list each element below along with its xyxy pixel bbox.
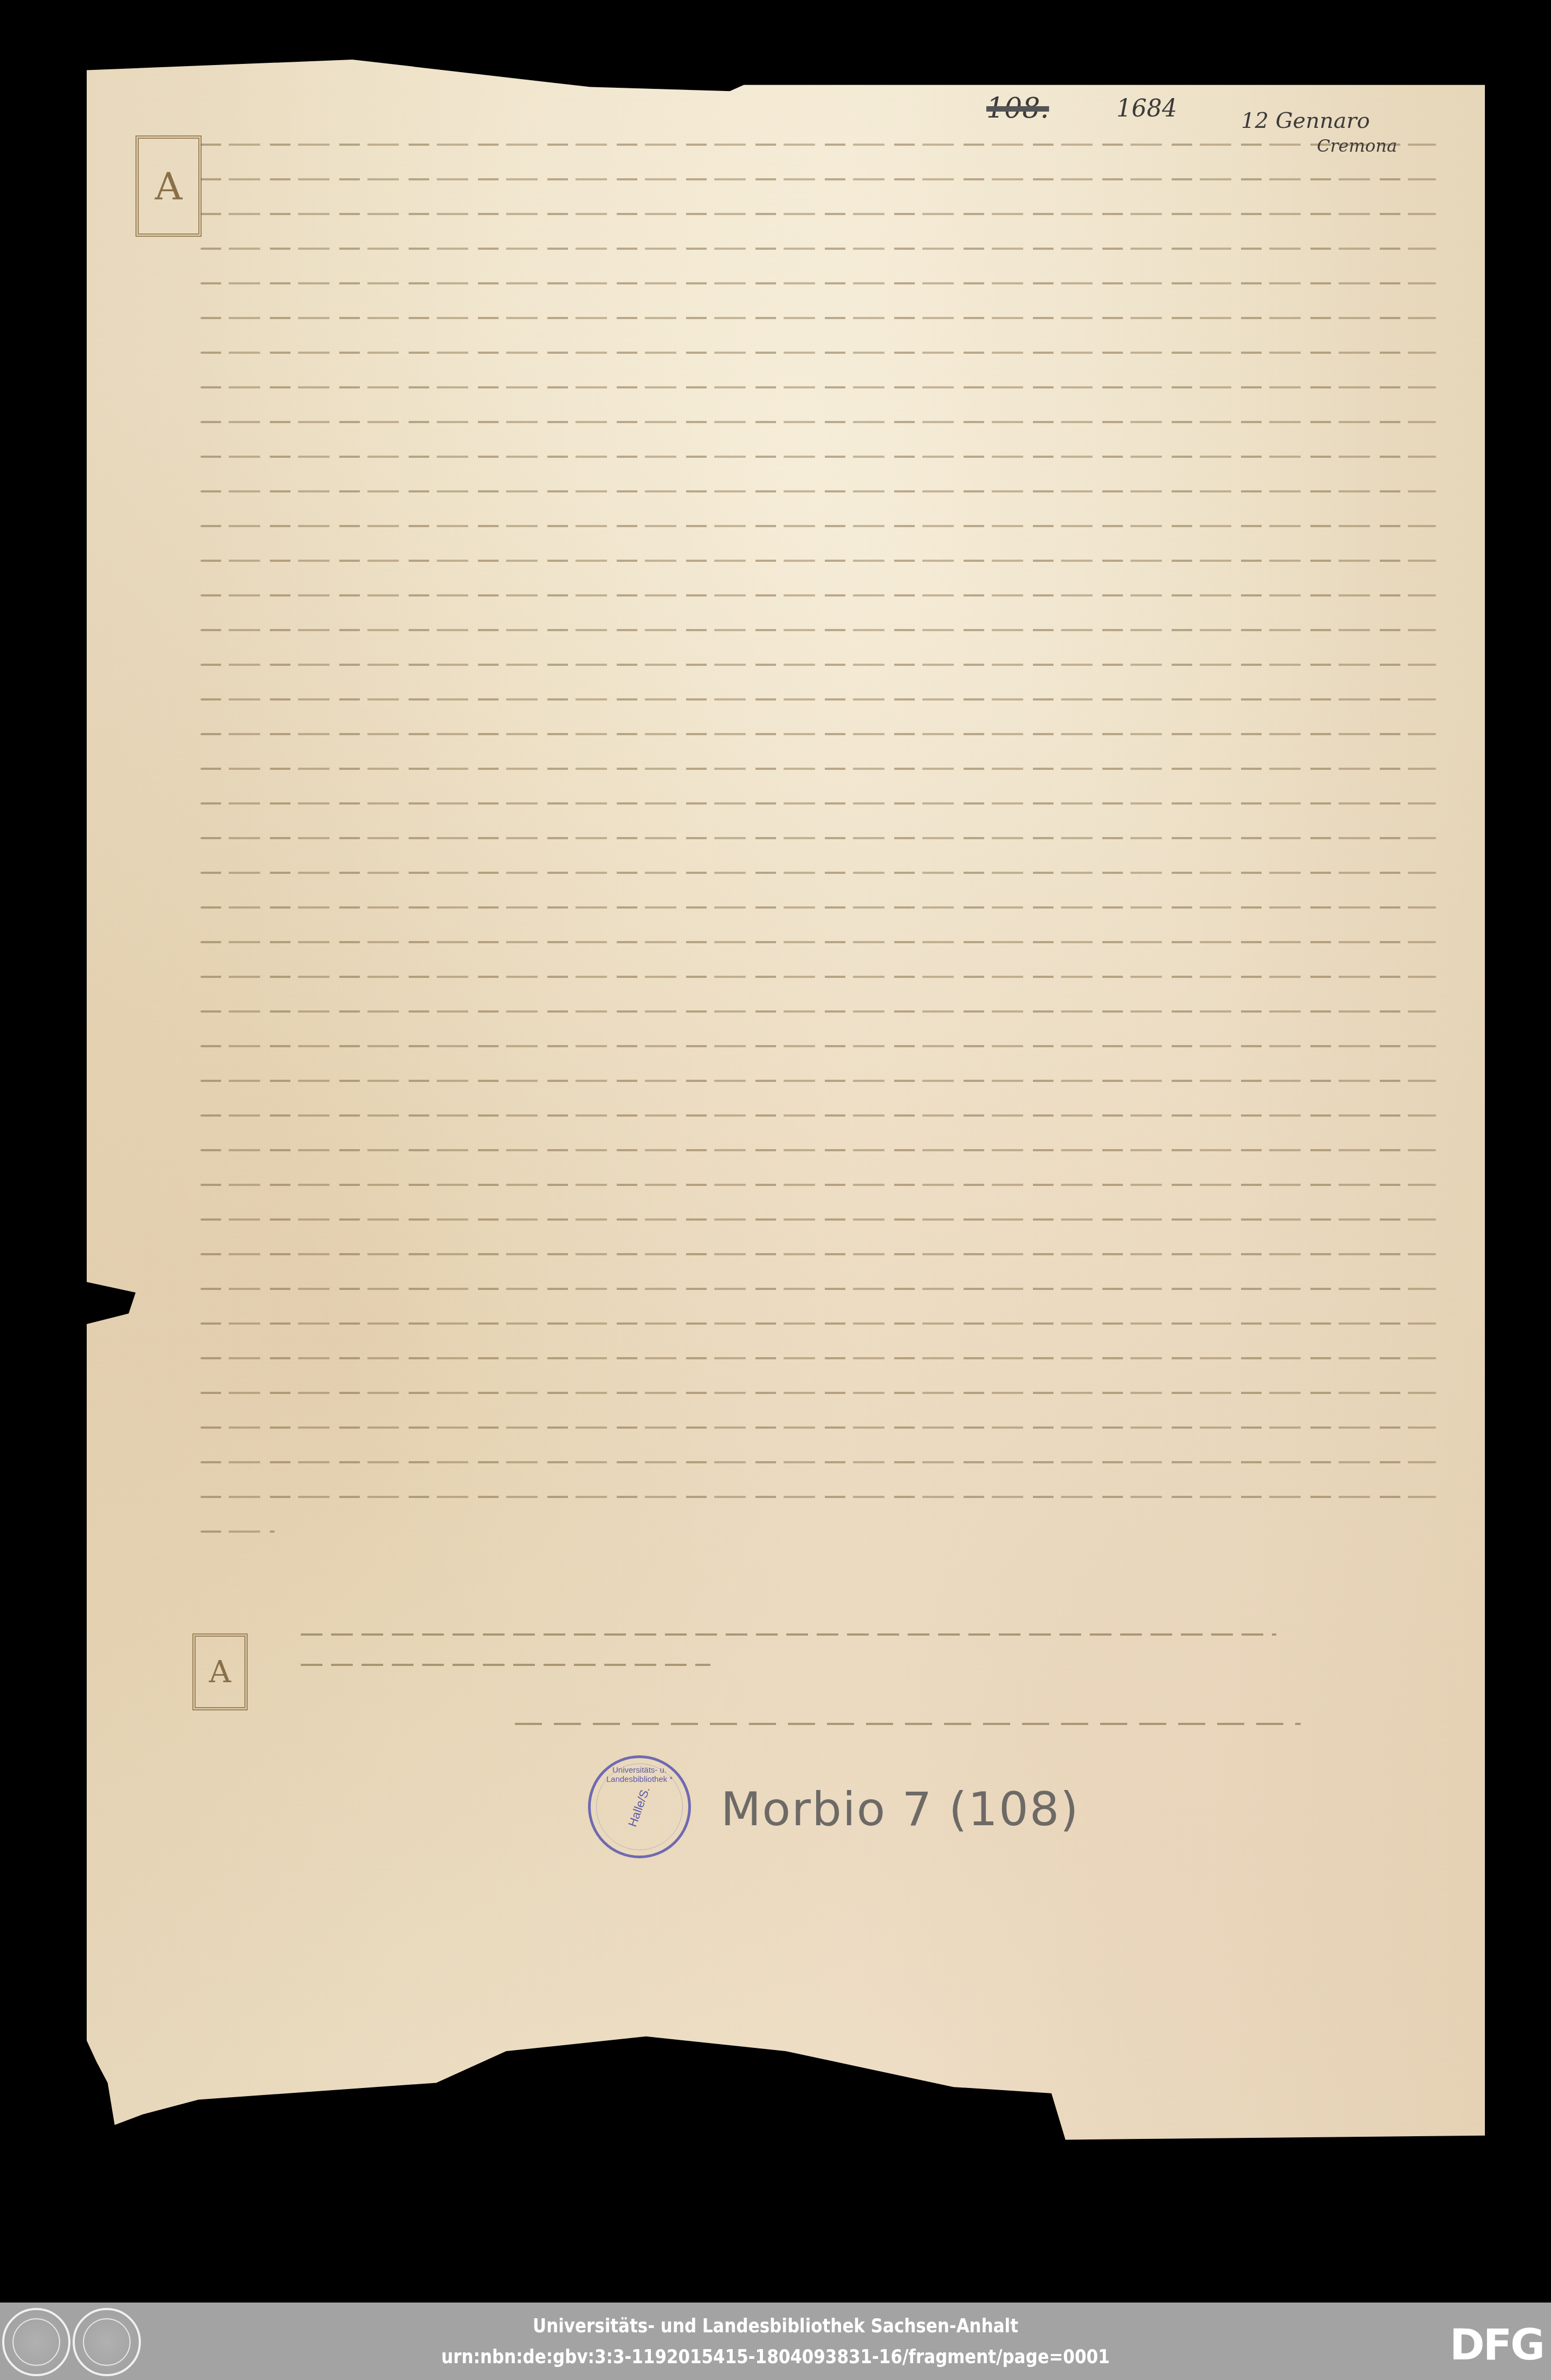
notary-subscription: [301, 1633, 1276, 1694]
text-line: [201, 872, 1436, 874]
text-line: [201, 456, 1436, 458]
text-line-end: [201, 1531, 275, 1533]
registration-note: [515, 1723, 1301, 1725]
text-line: [201, 1357, 1436, 1359]
text-line: [201, 1426, 1436, 1429]
text-line: [201, 629, 1436, 631]
text-line: [201, 282, 1436, 284]
notary-initial-letter: A: [209, 1655, 231, 1690]
text-line: [201, 941, 1436, 943]
institution-name: Universitäts- und Landesbibliothek Sachs…: [108, 2315, 1442, 2337]
stamp-ring-text: Universitäts- u. Landesbibliothek *: [591, 1766, 688, 1784]
text-line: [201, 1080, 1436, 1082]
archival-month-name: Gennaro: [1276, 108, 1370, 133]
text-line: [201, 976, 1436, 978]
text-line: [201, 698, 1436, 701]
text-line: [201, 490, 1436, 492]
text-line: [201, 1461, 1436, 1463]
text-line: [201, 1496, 1436, 1498]
text-line: [201, 352, 1436, 354]
archival-date-month: 12 Gennaro: [1241, 108, 1370, 133]
text-line: [201, 1149, 1436, 1151]
text-line: [201, 1392, 1436, 1394]
text-line: [201, 1184, 1436, 1186]
text-line: [201, 144, 1436, 146]
subscription-line: [301, 1633, 1276, 1636]
text-line: [201, 1253, 1436, 1255]
document-image-viewer: A: [0, 0, 1551, 2303]
text-line: [201, 525, 1436, 527]
archival-place: Cremona: [1317, 135, 1397, 156]
text-line: [201, 664, 1436, 666]
text-line: [201, 802, 1436, 805]
text-line: [201, 1288, 1436, 1290]
text-line: [201, 421, 1436, 423]
text-line: [201, 733, 1436, 735]
library-stamp: Universitäts- u. Landesbibliothek * Hall…: [588, 1755, 691, 1858]
text-line: [201, 594, 1436, 596]
footer-bar: Universitäts- und Landesbibliothek Sachs…: [0, 2303, 1551, 2380]
text-line: [201, 1114, 1436, 1117]
text-line: [201, 837, 1436, 839]
charter-text-body: [201, 144, 1436, 1565]
old-folio-number: 108.: [986, 92, 1049, 125]
shelfmark: Morbio 7 (108): [721, 1782, 1080, 1837]
text-line: [201, 560, 1436, 562]
text-line: [201, 906, 1436, 909]
text-line: [201, 768, 1436, 770]
dfg-logo: DFG: [1450, 2324, 1543, 2366]
archival-date-year: 1684: [1116, 95, 1177, 122]
text-line: [201, 1218, 1436, 1221]
seal-icon: [2, 2308, 70, 2376]
text-line: [201, 1045, 1436, 1047]
urn-identifier: urn:nbn:de:gbv:3:3-1192015415-1804093831…: [108, 2346, 1442, 2368]
text-line: [201, 213, 1436, 215]
text-line: [201, 1010, 1436, 1013]
text-line: [201, 317, 1436, 319]
text-line: [201, 1322, 1436, 1325]
archival-date-day: 12: [1241, 108, 1269, 133]
initial-letter: A: [155, 164, 183, 209]
text-line: [201, 178, 1436, 180]
notary-signum-initial: A: [135, 135, 202, 237]
notary-subscription-signum: A: [192, 1633, 248, 1710]
text-line: [201, 386, 1436, 388]
text-line: [201, 248, 1436, 250]
subscription-line: [301, 1664, 710, 1666]
